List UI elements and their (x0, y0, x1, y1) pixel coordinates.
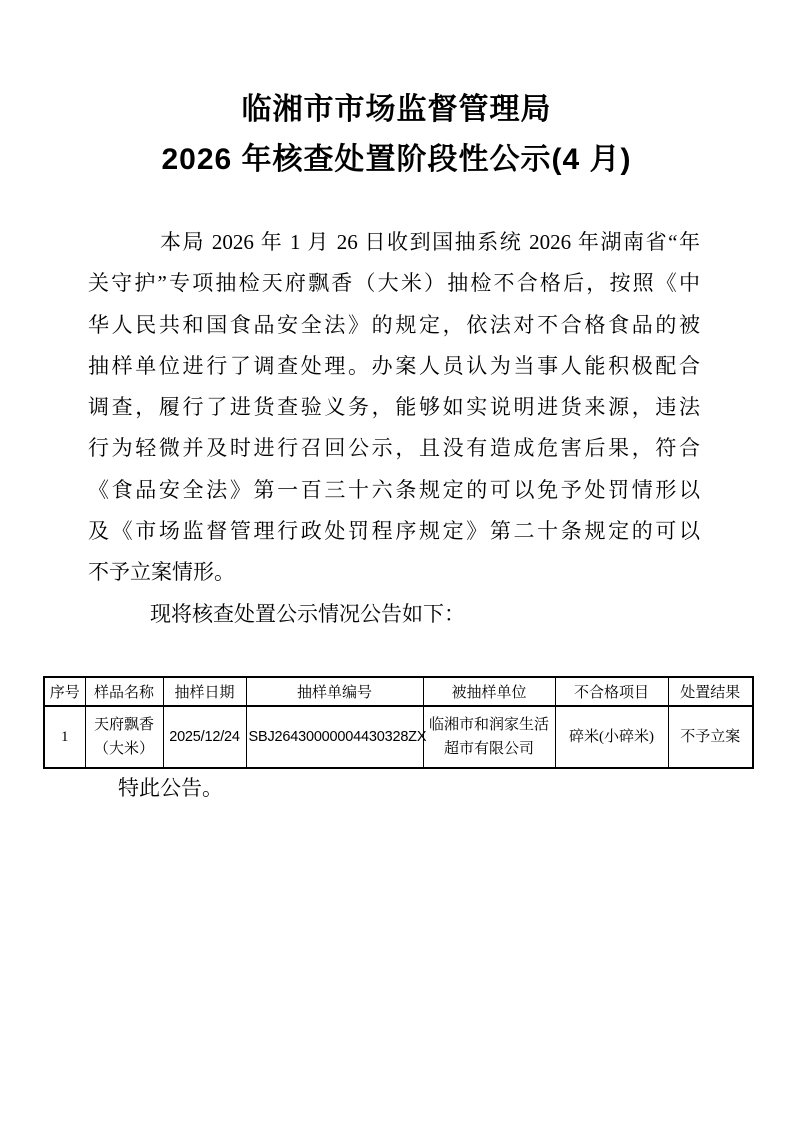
paragraph-line: 华人民共和国食品安全法》的规定，依法对不合格食品的被 (88, 305, 700, 346)
disclosure-table: 序号 样品名称 抽样日期 抽样单编号 被抽样单位 不合格项目 处置结果 1 天府… (43, 676, 754, 769)
document-page: 临湘市市场监督管理局 2026 年核查处置阶段性公示(4 月) 本局 2026 … (0, 0, 793, 1122)
paragraph-line: 本局 2026 年 1 月 26 日收到国抽系统 2026 年湖南省“年 (88, 222, 700, 263)
table-row: 1 天府飘香 （大米） 2025/12/24 SBJ26430000004430… (44, 706, 753, 768)
cell-seq: 1 (44, 706, 85, 768)
column-header-sample-no: 抽样单编号 (246, 677, 423, 706)
table-intro-line: 现将核查处置公示情况公告如下： (88, 594, 700, 635)
paragraph-line: 抽样单位进行了调查处理。办案人员认为当事人能积极配合 (88, 346, 700, 387)
paragraph-line: 不予立案情形。 (88, 552, 700, 593)
document-title-block: 临湘市市场监督管理局 2026 年核查处置阶段性公示(4 月) (0, 85, 793, 185)
paragraph-line: 关守护”专项抽检天府飘香（大米）抽检不合格后，按照《中 (88, 263, 700, 304)
paragraph-line: 行为轻微并及时进行召回公示，且没有造成危害后果，符合 (88, 428, 700, 469)
document-title-line2: 2026 年核查处置阶段性公示(4 月) (0, 135, 793, 185)
document-title-line1: 临湘市市场监督管理局 (0, 85, 793, 135)
paragraph-line: 及《市场监督管理行政处罚程序规定》第二十条规定的可以 (88, 511, 700, 552)
column-header-failed-item: 不合格项目 (555, 677, 668, 706)
paragraph-line: 《食品安全法》第一百三十六条规定的可以免予处罚情形以 (88, 470, 700, 511)
column-header-sampled-unit: 被抽样单位 (423, 677, 555, 706)
disclosure-table-body: 1 天府飘香 （大米） 2025/12/24 SBJ26430000004430… (44, 706, 753, 768)
cell-sample-date: 2025/12/24 (163, 706, 246, 768)
disclosure-table-header: 序号 样品名称 抽样日期 抽样单编号 被抽样单位 不合格项目 处置结果 (44, 677, 753, 706)
cell-sample-no: SBJ26430000004430328ZX (246, 706, 423, 768)
column-header-seq: 序号 (44, 677, 85, 706)
table-header-row: 序号 样品名称 抽样日期 抽样单编号 被抽样单位 不合格项目 处置结果 (44, 677, 753, 706)
cell-sample-name: 天府飘香 （大米） (85, 706, 163, 768)
column-header-sample-date: 抽样日期 (163, 677, 246, 706)
document-body: 本局 2026 年 1 月 26 日收到国抽系统 2026 年湖南省“年 关守护… (88, 222, 700, 635)
cell-sampled-unit: 临湘市和润家生活 超市有限公司 (423, 706, 555, 768)
paragraph-line: 调查，履行了进货查验义务，能够如实说明进货来源，违法 (88, 387, 700, 428)
cell-result: 不予立案 (668, 706, 753, 768)
column-header-result: 处置结果 (668, 677, 753, 706)
cell-failed-item: 碎米(小碎米) (555, 706, 668, 768)
closing-statement: 特此公告。 (118, 773, 223, 803)
column-header-sample-name: 样品名称 (85, 677, 163, 706)
